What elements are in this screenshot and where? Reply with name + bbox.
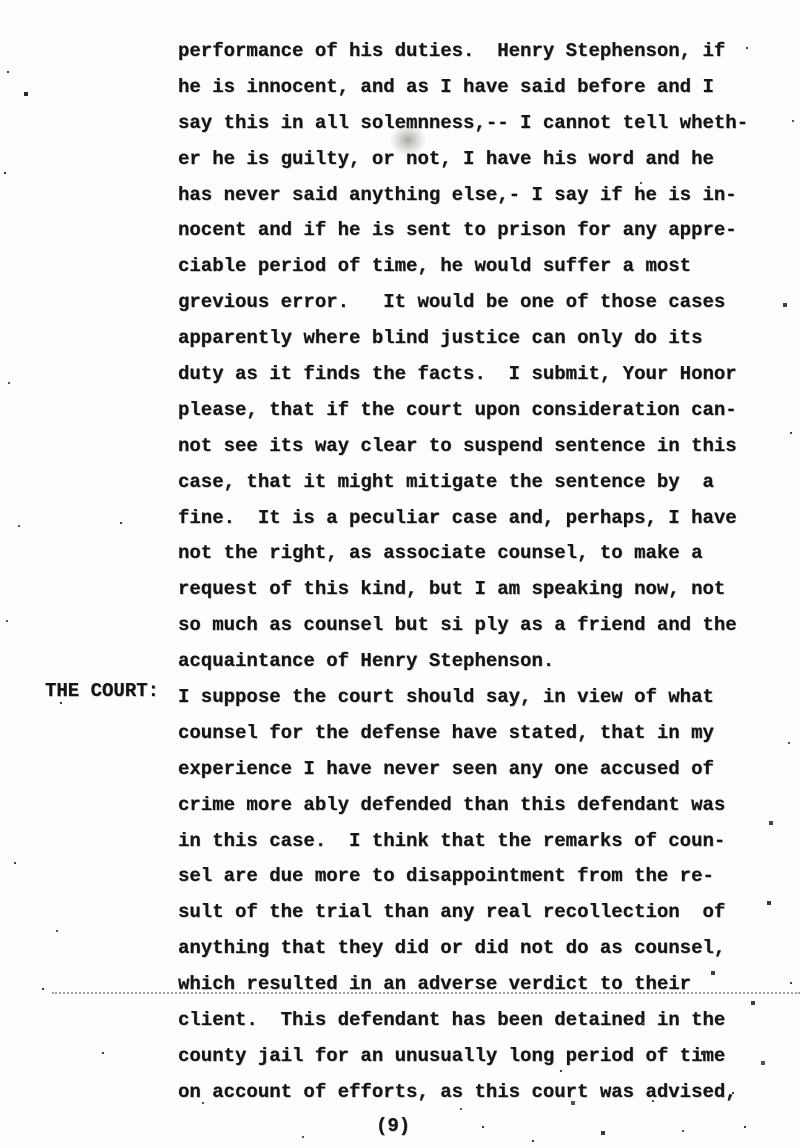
transcript-line: er he is guilty, or not, I have his word… [178, 142, 800, 178]
transcript-line: say this in all solemnness,-- I cannot t… [178, 106, 800, 142]
transcript-line: experience I have never seen any one acc… [178, 752, 800, 788]
transcript-line: sult of the trial than any real recollec… [178, 895, 800, 931]
transcript-line: request of this kind, but I am speaking … [178, 572, 800, 608]
transcript-line: county jail for an unusually long period… [178, 1039, 800, 1075]
transcript-line: in this case. I think that the remarks o… [178, 824, 800, 860]
transcript-body: performance of his duties. Henry Stephen… [45, 34, 800, 1111]
transcript-line: crime more ably defended than this defen… [178, 788, 800, 824]
ink-smudge [390, 124, 426, 156]
transcript-line: please, that if the court upon considera… [178, 393, 800, 429]
counsel-speech-lines: performance of his duties. Henry Stephen… [178, 34, 800, 680]
page-number: (9) [376, 1108, 410, 1144]
transcript-line: counsel for the defense have stated, tha… [178, 716, 800, 752]
transcript-line: case, that it might mitigate the sentenc… [178, 465, 800, 501]
scan-noise-specks [0, 0, 2, 2]
transcript-line: fine. It is a peculiar case and, perhaps… [178, 501, 800, 537]
transcript-line: so much as counsel but si ply as a frien… [178, 608, 800, 644]
transcript-line: grevious error. It would be one of those… [178, 285, 800, 321]
transcript-line: anything that they did or did not do as … [178, 931, 800, 967]
document-page: performance of his duties. Henry Stephen… [0, 0, 800, 1148]
transcript-line: acquaintance of Henry Stephenson. [178, 644, 800, 680]
transcript-line: performance of his duties. Henry Stephen… [178, 34, 800, 70]
transcript-line: which resulted in an adverse verdict to … [178, 967, 800, 1003]
transcript-line: nocent and if he is sent to prison for a… [178, 213, 800, 249]
transcript-line: sel are due more to disappointment from … [178, 859, 800, 895]
transcript-line: client. This defendant has been detained… [178, 1003, 800, 1039]
transcript-line: not the right, as associate counsel, to … [178, 536, 800, 572]
transcript-line: apparently where blind justice can only … [178, 321, 800, 357]
court-speech-lines: I suppose the court should say, in view … [178, 680, 800, 1111]
transcript-line: I suppose the court should say, in view … [178, 680, 800, 716]
transcript-line: has never said anything else,- I say if … [178, 178, 800, 214]
transcript-line: on account of efforts, as this court was… [178, 1075, 800, 1111]
transcript-line: duty as it finds the facts. I submit, Yo… [178, 357, 800, 393]
transcript-line: ciable period of time, he would suffer a… [178, 249, 800, 285]
scan-artifact-line [52, 992, 800, 994]
speaker-label: THE COURT: [45, 680, 159, 702]
transcript-line: not see its way clear to suspend sentenc… [178, 429, 800, 465]
transcript-line: he is innocent, and as I have said befor… [178, 70, 800, 106]
court-speech: THE COURT: I suppose the court should sa… [45, 680, 800, 1111]
